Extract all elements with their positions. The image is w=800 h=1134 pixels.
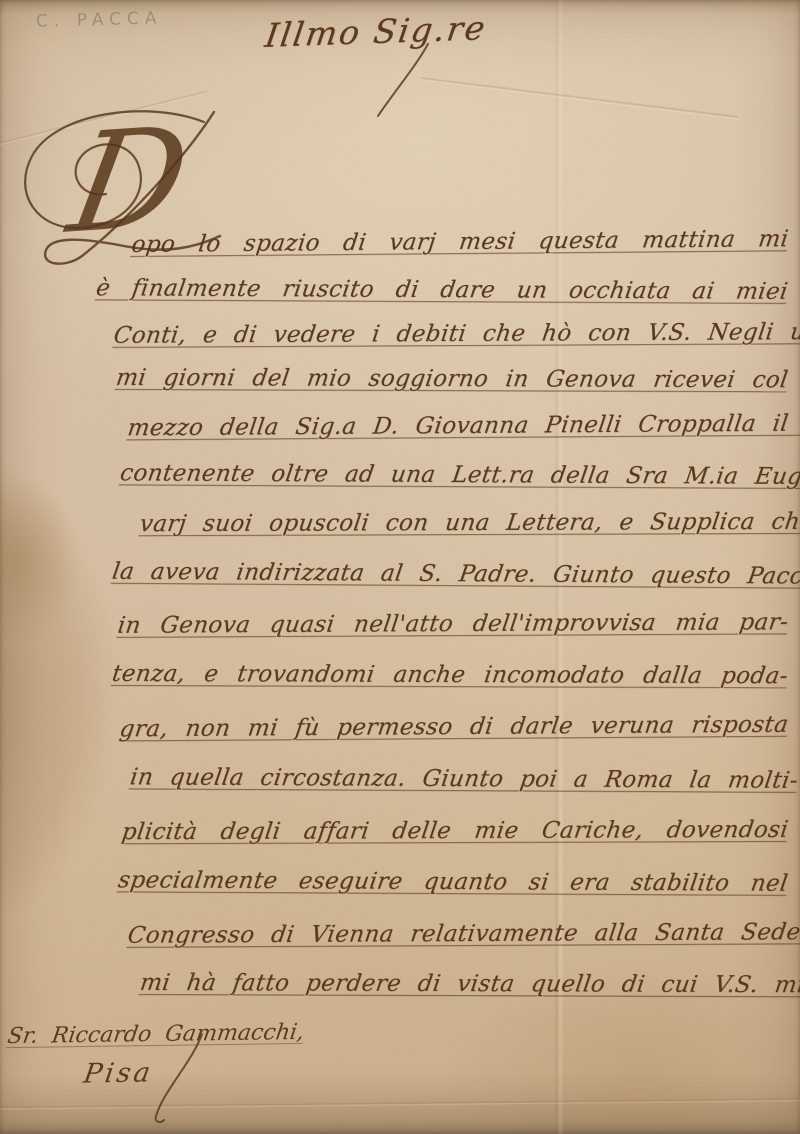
paper-crease bbox=[0, 1098, 800, 1111]
letter-line: plicità degli affari delle mie Cariche, … bbox=[120, 816, 790, 847]
letter-line: Conti, e di vedere i debiti che hò con V… bbox=[112, 318, 790, 350]
decorative-initial: D bbox=[8, 108, 248, 278]
salutation: Illmo Sig.re bbox=[263, 8, 490, 55]
place: Pisa bbox=[81, 1057, 155, 1089]
letter-line: gra, non mi fù permesso di darle veruna … bbox=[118, 711, 790, 744]
letter-line: in quella circostanza. Giunto poi a Roma… bbox=[128, 763, 790, 795]
manuscript-page: C. PACCA Illmo Sig.re D opo lo spazio di… bbox=[0, 0, 800, 1134]
letter-line: mi giorni del mio soggiorno in Genova ri… bbox=[114, 364, 790, 395]
pencil-annotation: C. PACCA bbox=[36, 8, 163, 31]
letter-line: è finalmente riuscito di dare un occhiat… bbox=[94, 274, 790, 306]
salutation-flourish-icon bbox=[350, 42, 470, 122]
letter-line: mezzo della Sig.a D. Giovanna Pinelli Cr… bbox=[126, 410, 790, 443]
letter-line: specialmente eseguire quanto si era stab… bbox=[116, 866, 790, 898]
addressee: Sr. Riccardo Gammacchi, bbox=[6, 1020, 306, 1049]
letter-line: la aveva indirizzata al S. Padre. Giunto… bbox=[110, 558, 790, 591]
letter-line: mi hà fatto perdere di vista quello di c… bbox=[138, 969, 790, 1000]
letter-line: tenza, e trovandomi anche incomodato dal… bbox=[110, 660, 790, 691]
letter-line: contenente oltre ad una Lett.ra della Sr… bbox=[118, 459, 790, 491]
letter-line: in Genova quasi nell'atto dell'improvvis… bbox=[116, 608, 790, 640]
letter-line: Congresso di Vienna relativamente alla S… bbox=[126, 918, 790, 950]
drop-cap-letter: D bbox=[61, 108, 198, 253]
paper-crease bbox=[421, 77, 739, 121]
letter-line: varj suoi opuscoli con una Lettera, e Su… bbox=[138, 508, 790, 539]
